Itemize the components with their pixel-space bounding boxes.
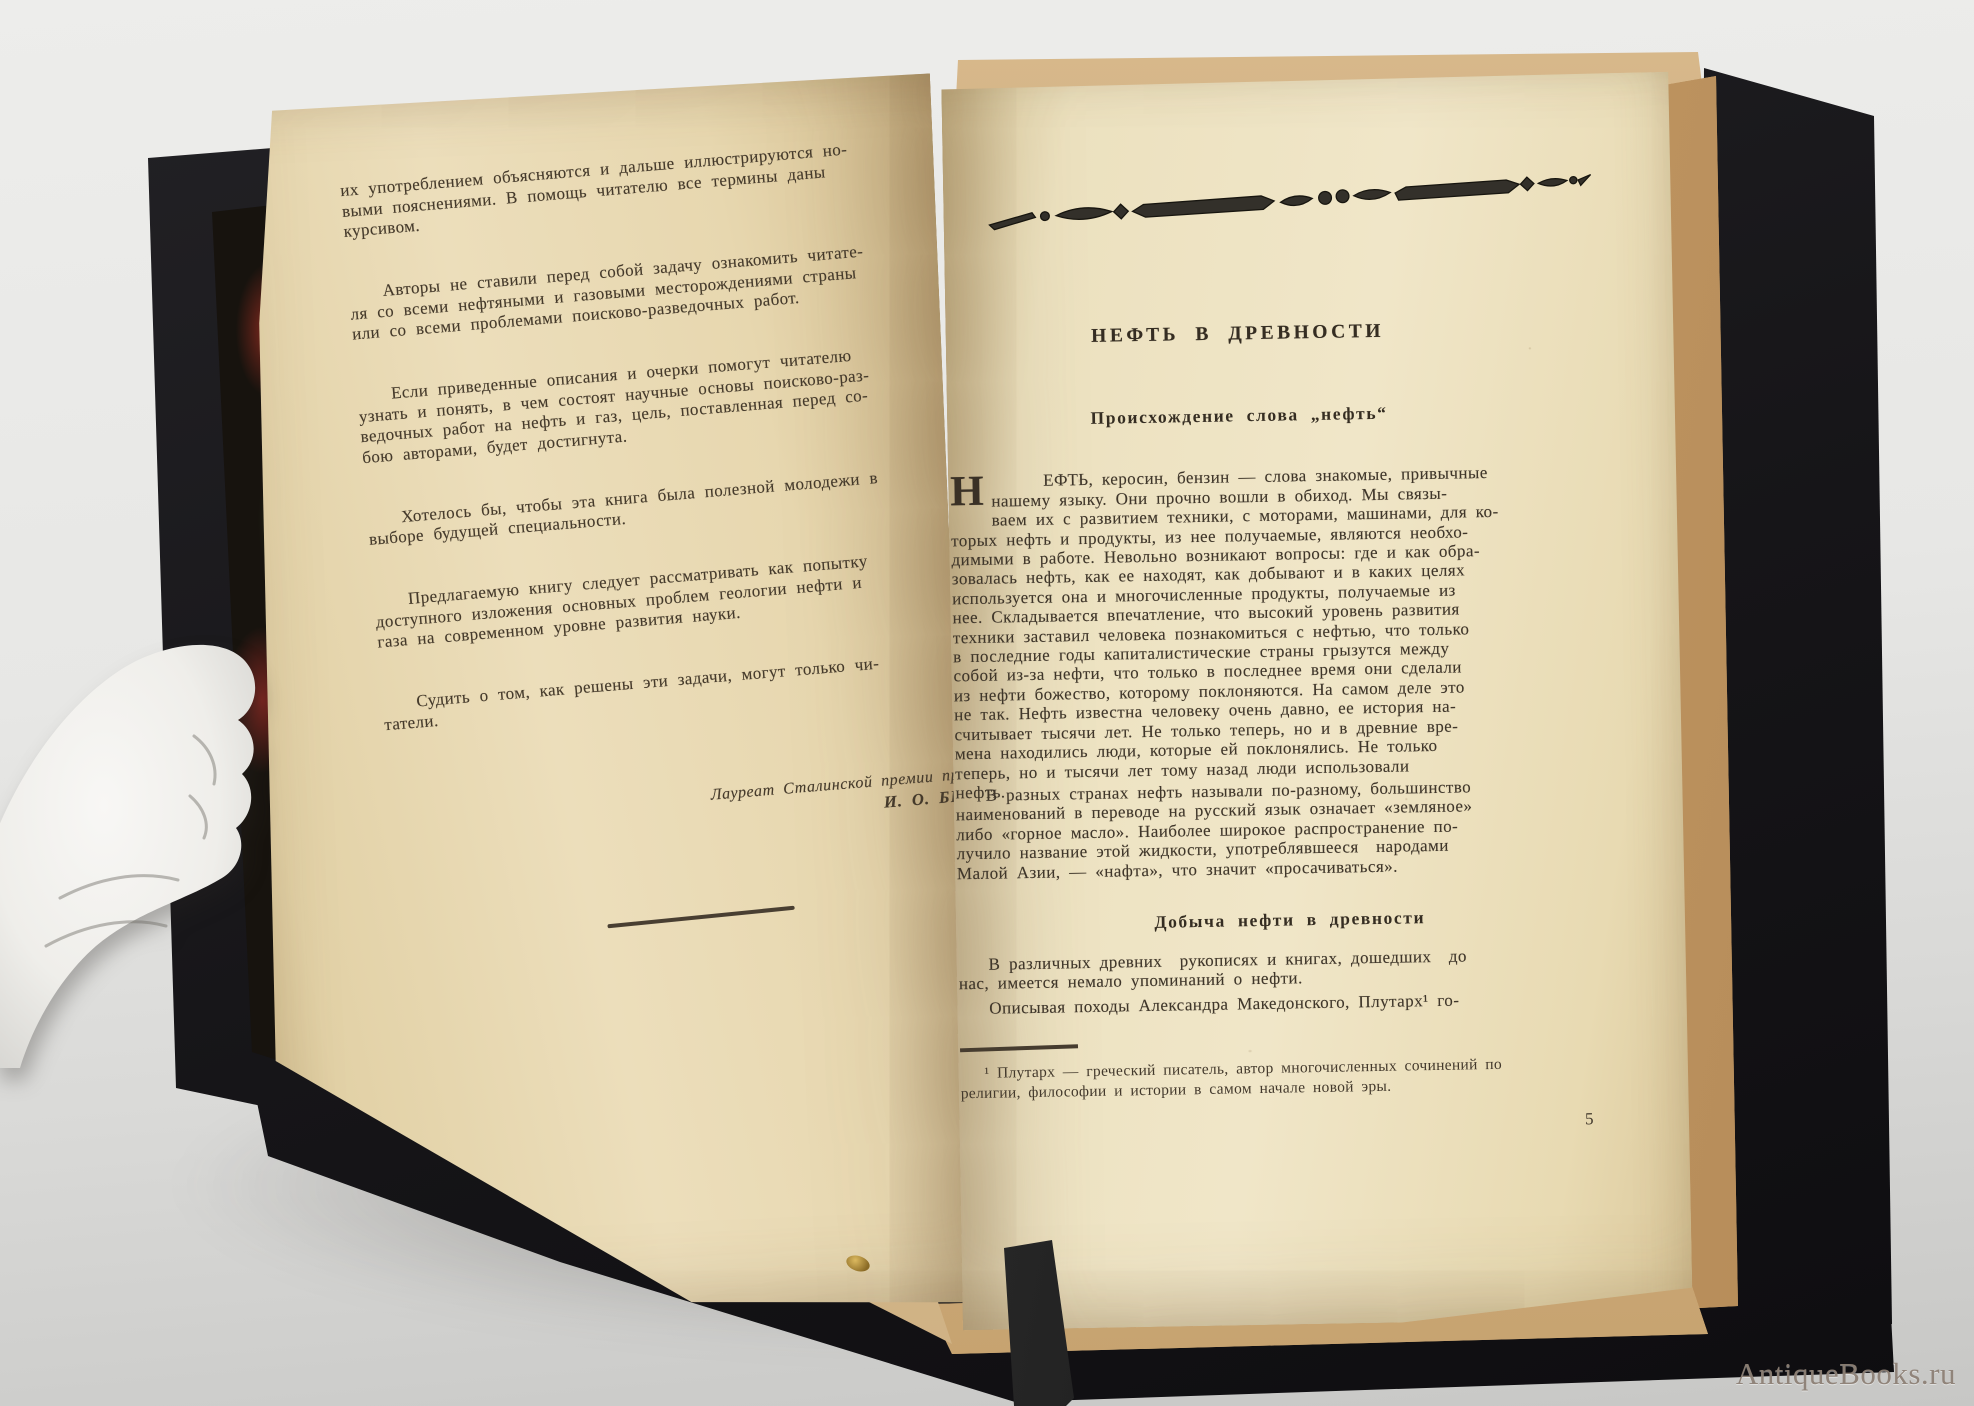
body-paragraph: В разных странах нефть называли по-разно… (955, 775, 1629, 884)
page-number: 5 (1559, 1109, 1619, 1130)
gloved-hand (0, 616, 286, 1068)
header-ornament-icon (986, 167, 1594, 248)
footnote-rule (960, 1044, 1078, 1052)
section-heading-oil-mining: Добыча нефти в древности (958, 904, 1622, 937)
right-page: НЕФТЬ В ДРЕВНОСТИ Происхождение слова „н… (941, 72, 1693, 1331)
left-page-paragraph: Если приведенные описания и очерки помог… (356, 337, 961, 468)
drop-cap: Н (950, 474, 985, 513)
section-divider-rule (607, 906, 794, 928)
watermark: AntiqueBooks.ru (1736, 1356, 1956, 1392)
body-paragraph: НЕФТЬ, керосин, бензин — слова знакомые,… (950, 442, 1628, 822)
left-page-paragraph: Судить о том, как решены эти задачи, мог… (382, 645, 983, 735)
author-signature: Лауреат Сталинской премии проф. И. О. БР… (390, 742, 995, 874)
left-page-paragraph: Авторы не ставили перед собой задачу озн… (348, 235, 951, 346)
section-heading-origin-of-word: Происхождение слова „нефть“ (959, 400, 1519, 431)
left-page-paragraph: Предлагаемую книгу следует рассматривать… (373, 543, 976, 654)
body-paragraph-text: ЕФТЬ, керосин, бензин — слова знакомые, … (951, 463, 1499, 802)
footnote: ¹ Плутарх — греческий писатель, автор мн… (960, 1053, 1633, 1104)
body-paragraph: В различных древних рукописях и книгах, … (958, 944, 1631, 995)
book-photograph: их употреблением объясняются и дальше ил… (0, 0, 1974, 1406)
left-page-paragraph: Хотелось бы, чтобы эта книга была полезн… (367, 461, 968, 551)
left-page-text: их употреблением объясняются и дальше ил… (336, 91, 1003, 984)
left-page-paragraph: их употреблением объясняются и дальше ил… (340, 132, 943, 243)
chapter-title: НЕФТЬ В ДРЕВНОСТИ (957, 318, 1517, 350)
